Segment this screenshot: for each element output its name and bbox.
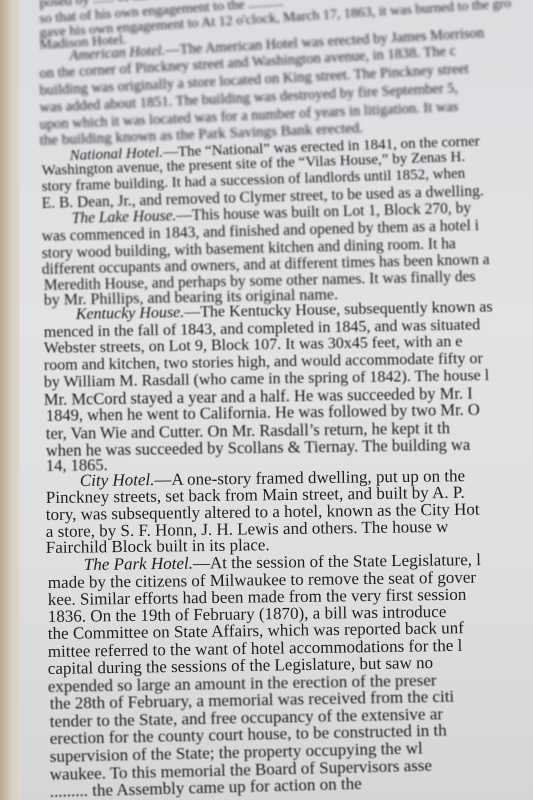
book-page: posed by ...... of his ...... ment to th… (20, 0, 533, 800)
section-heading-italic: Kentucky House. (76, 304, 185, 323)
section-heading-italic: The Lake House. (72, 207, 177, 227)
